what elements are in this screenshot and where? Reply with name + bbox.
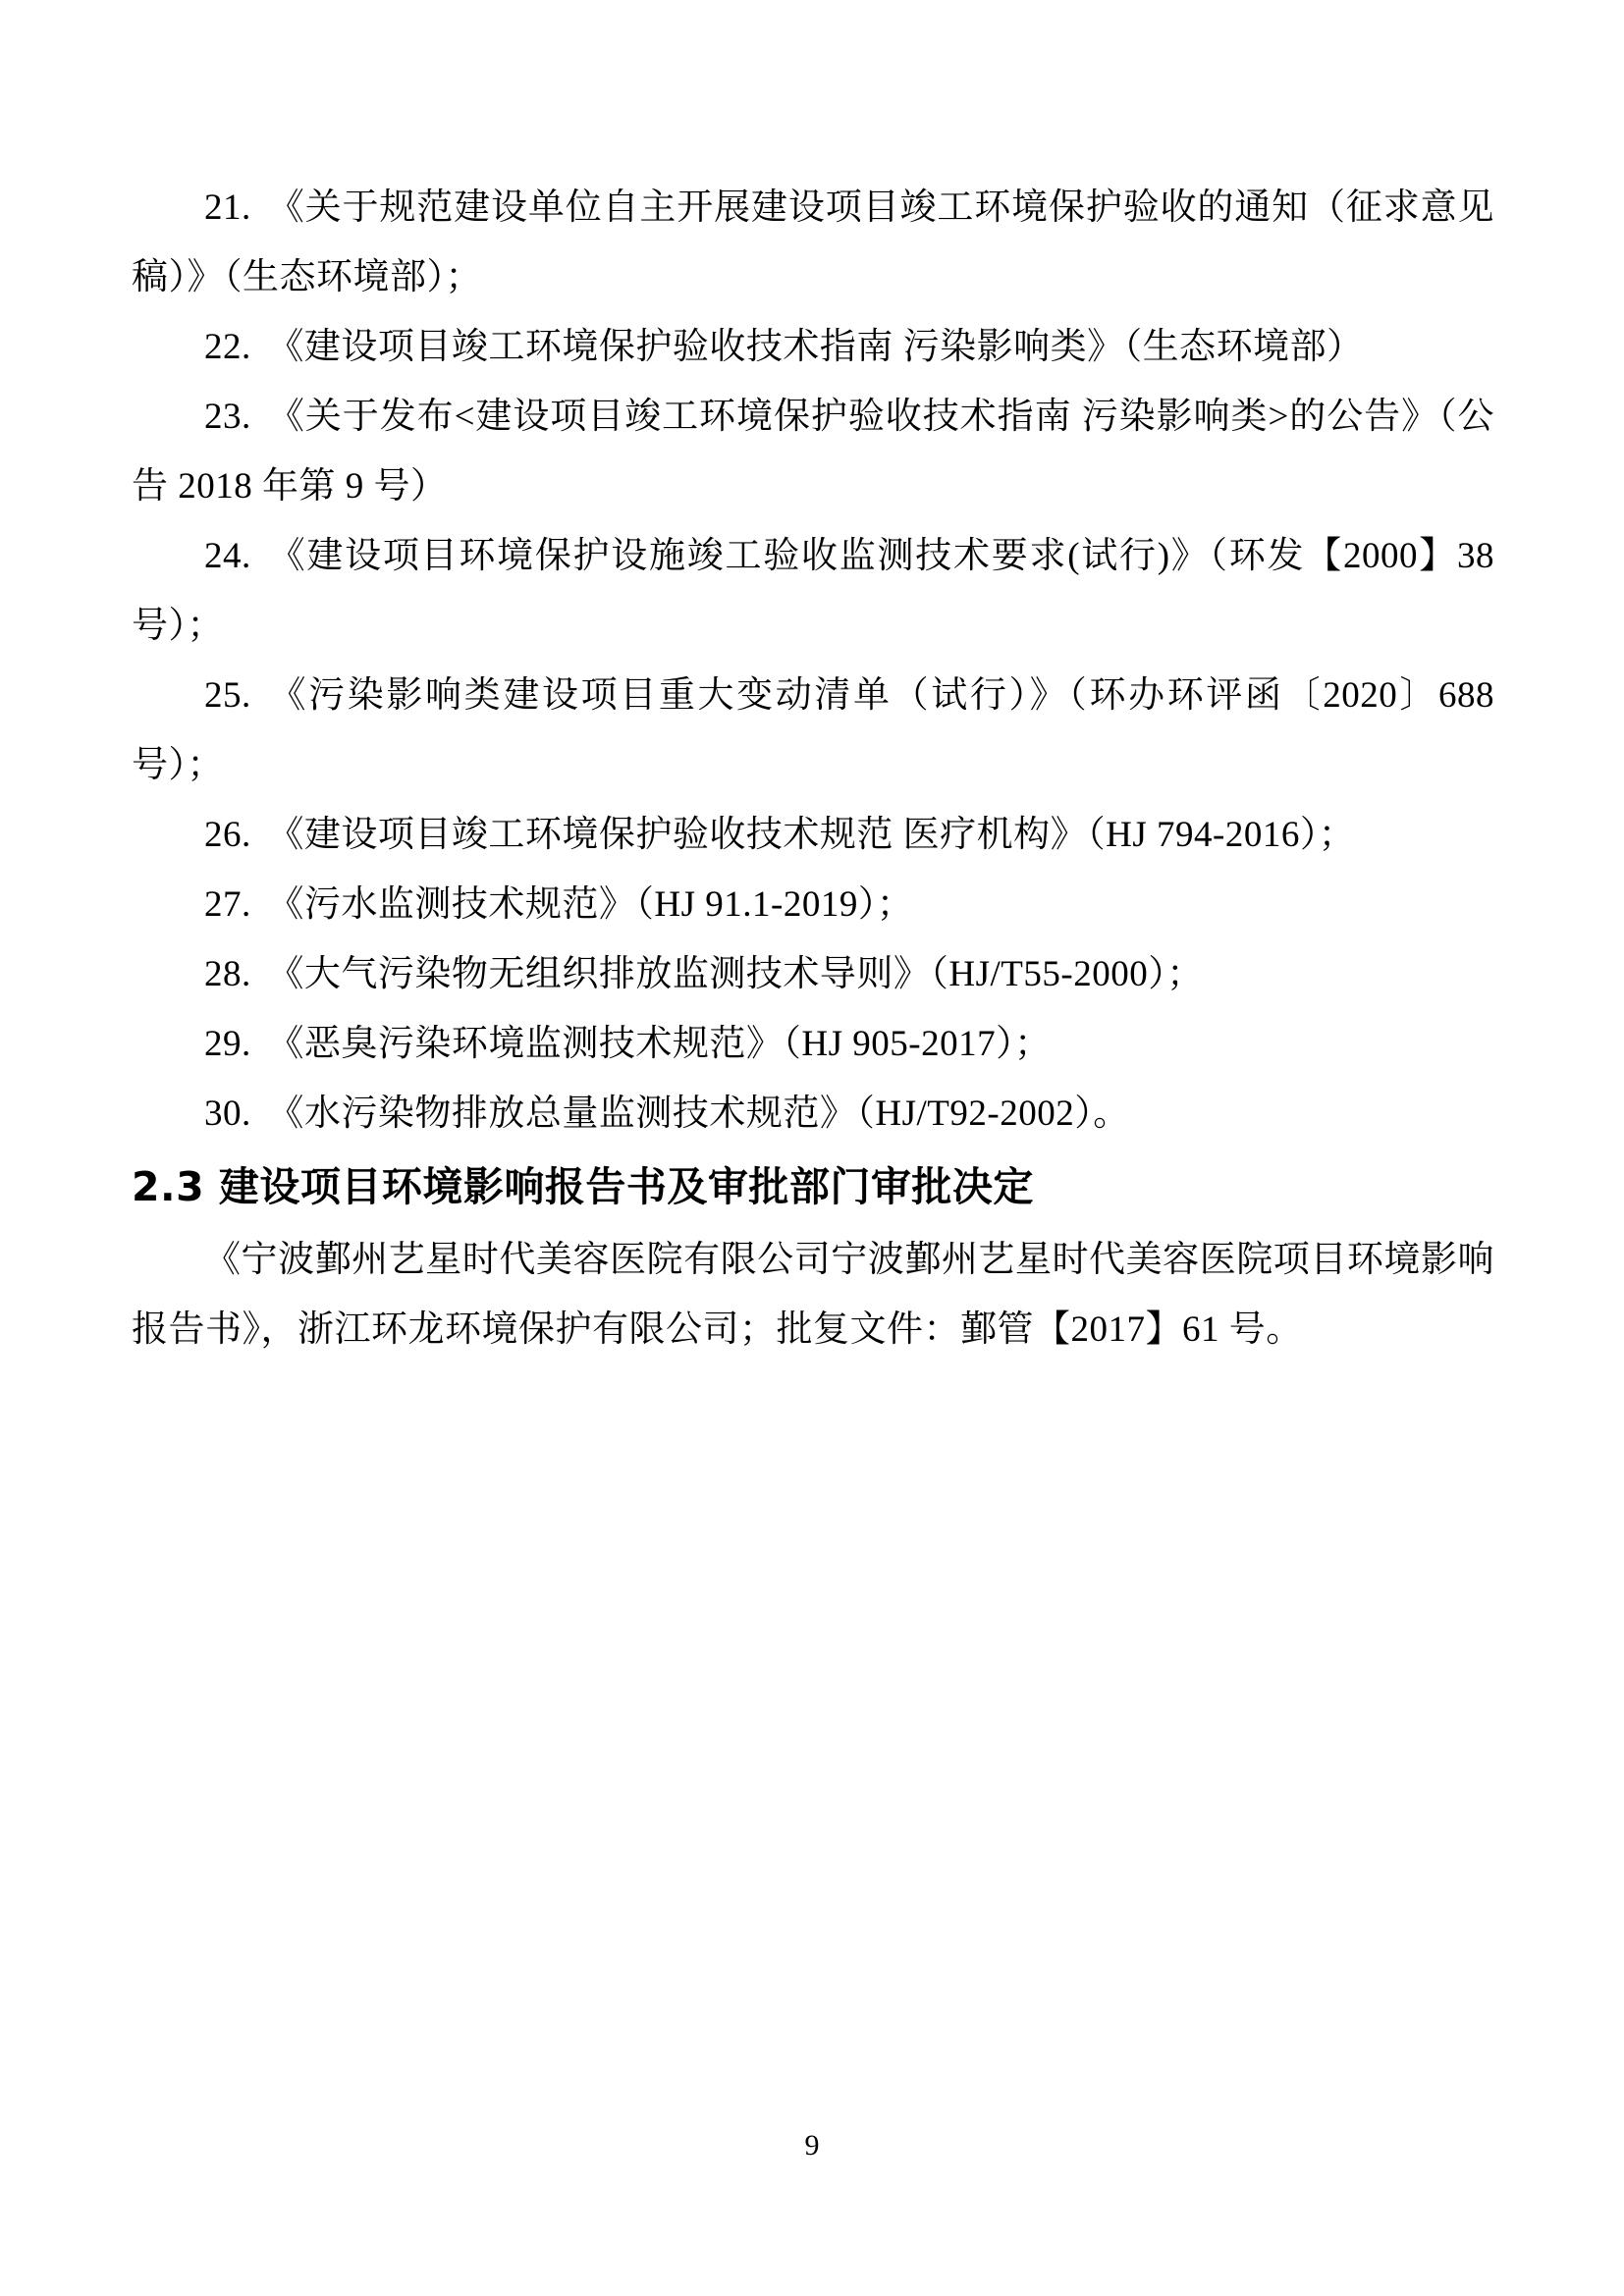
item-number: 21.	[204, 187, 251, 228]
document-page: 21.《关于规范建设单位自主开展建设项目竣工环境保护验收的通知（征求意见稿）》（…	[0, 0, 1624, 2296]
item-title: 《建设项目竣工环境保护验收技术指南 污染影响类》（生态环境部）	[267, 327, 1363, 367]
reference-item: 26.《建设项目竣工环境保护验收技术规范 医疗机构》（HJ 794-2016）；	[132, 800, 1494, 870]
item-number: 24.	[204, 536, 251, 576]
item-number: 22.	[204, 327, 251, 367]
reference-item: 30.《水污染物排放总量监测技术规范》（HJ/T92-2002）。	[132, 1079, 1494, 1148]
reference-item: 29.《恶臭污染环境监测技术规范》（HJ 905-2017）；	[132, 1009, 1494, 1079]
item-number: 28.	[204, 954, 251, 994]
item-title: 《大气污染物无组织排放监测技术导则》（HJ/T55-2000）；	[267, 954, 1203, 994]
item-number: 29.	[204, 1024, 251, 1064]
item-number: 26.	[204, 815, 251, 855]
item-title: 《水污染物排放总量监测技术规范》（HJ/T92-2002）。	[267, 1094, 1129, 1134]
item-number: 25.	[204, 675, 251, 716]
page-content: 21.《关于规范建设单位自主开展建设项目竣工环境保护验收的通知（征求意见稿）》（…	[132, 173, 1494, 1364]
item-title: 《关于规范建设单位自主开展建设项目竣工环境保护验收的通知（征求意见稿）》（生态环…	[132, 187, 1494, 297]
section-heading: 2.3 建设项目环境影响报告书及审批部门审批决定	[132, 1148, 1494, 1225]
item-title: 《建设项目环境保护设施竣工验收监测技术要求(试行)》（环发【2000】38 号）…	[132, 536, 1494, 646]
reference-item: 27.《污水监测技术规范》（HJ 91.1-2019）；	[132, 870, 1494, 939]
item-title: 《建设项目竣工环境保护验收技术规范 医疗机构》（HJ 794-2016）；	[267, 815, 1355, 855]
item-title: 《关于发布<建设项目竣工环境保护验收技术指南 污染影响类>的公告》（公告 201…	[132, 397, 1494, 507]
reference-item: 23.《关于发布<建设项目竣工环境保护验收技术指南 污染影响类>的公告》（公告 …	[132, 382, 1494, 521]
reference-item: 28.《大气污染物无组织排放监测技术导则》（HJ/T55-2000）；	[132, 939, 1494, 1009]
reference-item: 25.《污染影响类建设项目重大变动清单（试行）》（环办环评函〔2020〕688 …	[132, 661, 1494, 800]
reference-item: 22.《建设项目竣工环境保护验收技术指南 污染影响类》（生态环境部）	[132, 312, 1494, 382]
page-number: 9	[0, 2128, 1624, 2163]
reference-item: 21.《关于规范建设单位自主开展建设项目竣工环境保护验收的通知（征求意见稿）》（…	[132, 173, 1494, 312]
reference-item: 24.《建设项目环境保护设施竣工验收监测技术要求(试行)》（环发【2000】38…	[132, 521, 1494, 661]
item-number: 30.	[204, 1094, 251, 1134]
item-title: 《污染影响类建设项目重大变动清单（试行）》（环办环评函〔2020〕688 号）；	[132, 675, 1494, 785]
item-title: 《污水监测技术规范》（HJ 91.1-2019）；	[267, 884, 913, 925]
item-title: 《恶臭污染环境监测技术规范》（HJ 905-2017）；	[267, 1024, 1051, 1064]
item-number: 23.	[204, 397, 251, 437]
body-paragraph: 《宁波鄞州艺星时代美容医院有限公司宁波鄞州艺星时代美容医院项目环境影响报告书》，…	[132, 1225, 1494, 1364]
item-number: 27.	[204, 884, 251, 925]
